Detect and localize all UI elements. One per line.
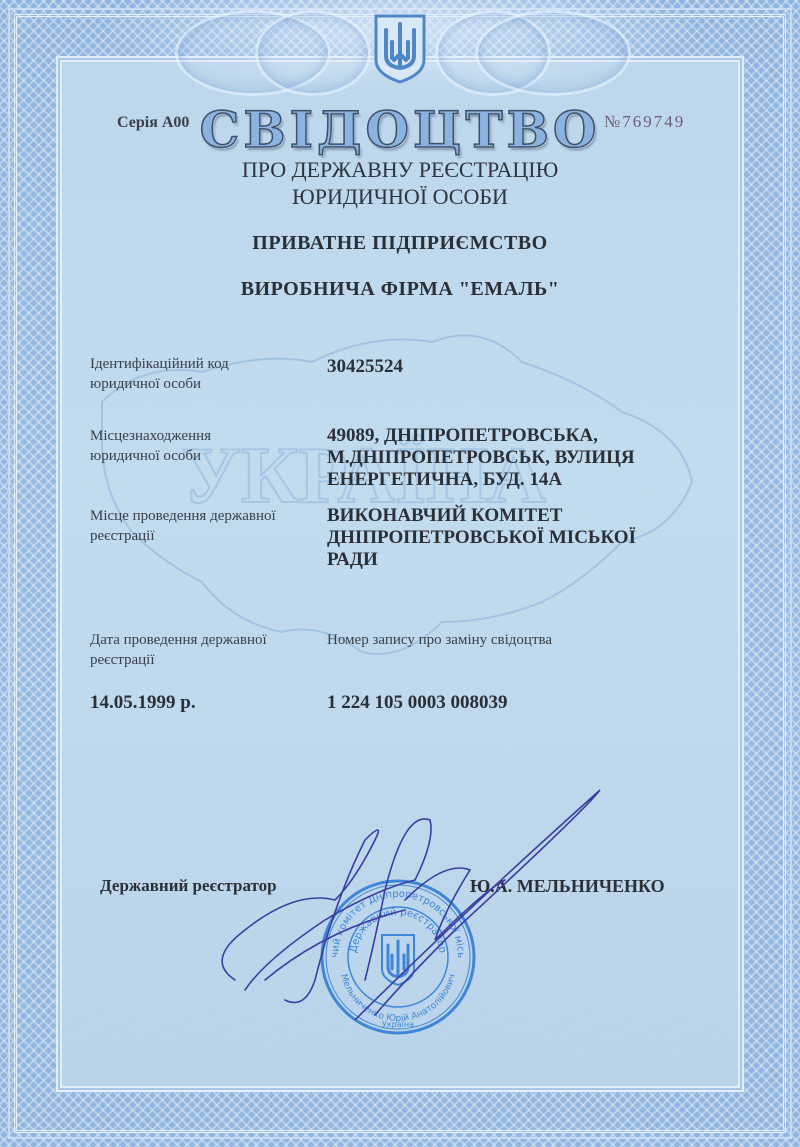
registration-place-value-line-2: ДНІПРОПЕТРОВСЬКОЇ МІСЬКОЇ [327, 527, 636, 549]
location-label-line-1: Місцезнаходження [90, 426, 211, 446]
registration-date-label-line-1: Дата проведення державної [90, 630, 267, 650]
registration-place-value-line-3: РАДИ [327, 549, 636, 571]
registration-date-value: 14.05.1999 р. [90, 692, 196, 714]
official-stamp: Виконавчий комітет Дніпропетровської міс… [318, 877, 478, 1037]
subtitle-line-1: ПРО ДЕРЖАВНУ РЕЄСТРАЦІЮ [0, 157, 800, 183]
id-code-label-line-2: юридичної особи [90, 374, 229, 394]
registration-place-value-line-1: ВИКОНАВЧИЙ КОМІТЕТ [327, 505, 636, 527]
location-value-line-3: ЕНЕРГЕТИЧНА, БУД. 14А [327, 469, 635, 491]
registration-place-label-line-1: Місце проведення державної [90, 506, 276, 526]
stamp-trident-icon [382, 935, 414, 985]
registrar-label: Державний реєстратор [100, 876, 277, 896]
location-value-line-2: М.ДНІПРОПЕТРОВСЬК, ВУЛИЦЯ [327, 447, 635, 469]
record-number-value: 1 224 105 0003 008039 [327, 692, 508, 714]
certificate-page: УКРАЇНА Серія А00 СВІДОЦТВО №769749 ПРО … [0, 0, 800, 1147]
id-code-label: Ідентифікаційний код юридичної особи [90, 354, 229, 394]
registration-place-label-line-2: реєстрації [90, 526, 276, 546]
id-code-label-line-1: Ідентифікаційний код [90, 354, 229, 374]
registration-date-label-line-2: реєстрації [90, 650, 267, 670]
location-value-line-1: 49089, ДНІПРОПЕТРОВСЬКА, [327, 425, 635, 447]
trident-coat-of-arms-icon [372, 12, 428, 84]
location-value: 49089, ДНІПРОПЕТРОВСЬКА, М.ДНІПРОПЕТРОВС… [327, 425, 635, 491]
registration-place-value: ВИКОНАВЧИЙ КОМІТЕТ ДНІПРОПЕТРОВСЬКОЇ МІС… [327, 505, 636, 571]
id-code-value: 30425524 [327, 356, 403, 378]
registration-date-label: Дата проведення державної реєстрації [90, 630, 267, 670]
record-number-label: Номер запису про заміну свідоцтва [327, 630, 552, 650]
company-name: ВИРОБНИЧА ФІРМА "ЕМАЛЬ" [0, 278, 800, 301]
svg-text:Мельниченко Юрій Анатолійович: Мельниченко Юрій Анатолійович [338, 973, 458, 1024]
certificate-number: №769749 [604, 112, 685, 132]
ornament-swirl-right [475, 10, 631, 96]
location-label-line-2: юридичної особи [90, 446, 211, 466]
registrar-name: Ю.А. МЕЛЬНИЧЕНКО [470, 876, 665, 897]
svg-text:Україна: Україна [382, 1020, 414, 1029]
registration-place-label: Місце проведення державної реєстрації [90, 506, 276, 546]
company-type: ПРИВАТНЕ ПІДПРИЄМСТВО [0, 232, 800, 255]
subtitle-line-2: ЮРИДИЧНОЇ ОСОБИ [0, 184, 800, 210]
location-label: Місцезнаходження юридичної особи [90, 426, 211, 466]
ornament-swirl-left-inner [255, 10, 371, 96]
